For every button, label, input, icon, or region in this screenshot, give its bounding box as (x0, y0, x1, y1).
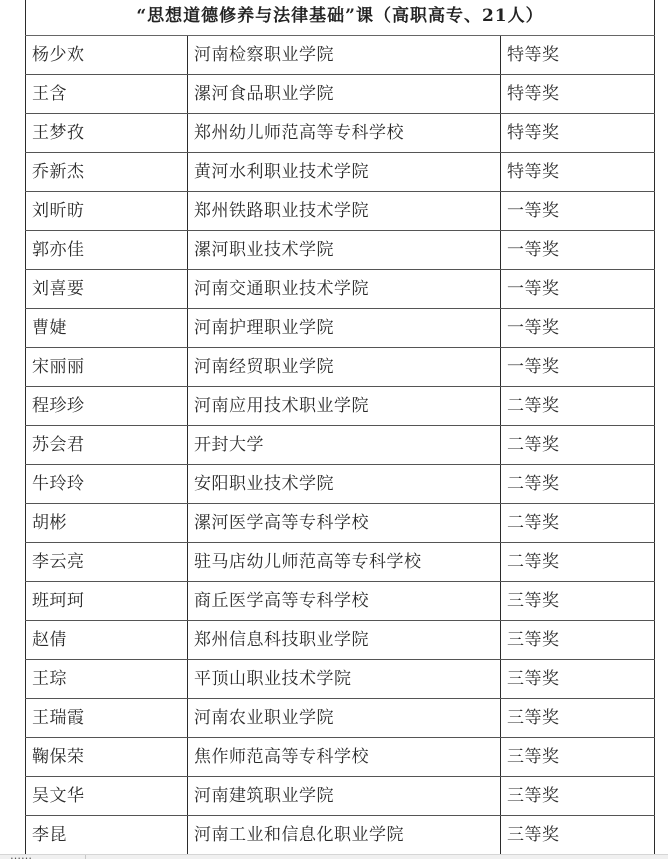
award-cell: 一等奖 (501, 309, 655, 348)
table-row: 刘昕昉 郑州铁路职业技术学院 一等奖 (26, 192, 655, 231)
name-cell: 牛玲玲 (26, 465, 188, 504)
school-cell: 驻马店幼儿师范高等专科学校 (188, 543, 501, 582)
table-row: 李昆 河南工业和信息化职业学院 三等奖 (26, 816, 655, 855)
award-cell: 三等奖 (501, 621, 655, 660)
school-cell: 河南经贸职业学院 (188, 348, 501, 387)
name-cell: 刘喜要 (26, 270, 188, 309)
table-row: 牛玲玲 安阳职业技术学院 二等奖 (26, 465, 655, 504)
award-cell: 二等奖 (501, 426, 655, 465)
award-cell: 二等奖 (501, 543, 655, 582)
name-cell: 李昆 (26, 816, 188, 855)
school-cell: 焦作师范高等专科学校 (188, 738, 501, 777)
document-page: “思想道德修养与法律基础”课（高职高专、21人） 杨少欢 河南检察职业学院 特等… (0, 0, 668, 854)
table-row: 乔新杰 黄河水利职业技术学院 特等奖 (26, 153, 655, 192)
award-cell: 三等奖 (501, 738, 655, 777)
name-cell: 刘昕昉 (26, 192, 188, 231)
award-cell: 一等奖 (501, 348, 655, 387)
name-cell: 班珂珂 (26, 582, 188, 621)
award-cell: 特等奖 (501, 36, 655, 75)
table-row: 郭亦佳 漯河职业技术学院 一等奖 (26, 231, 655, 270)
name-cell: 杨少欢 (26, 36, 188, 75)
school-cell: 黄河水利职业技术学院 (188, 153, 501, 192)
school-cell: 平顶山职业技术学院 (188, 660, 501, 699)
name-cell: 王含 (26, 75, 188, 114)
table-row: 程珍珍 河南应用技术职业学院 二等奖 (26, 387, 655, 426)
table-row: 宋丽丽 河南经贸职业学院 一等奖 (26, 348, 655, 387)
school-cell: 漯河医学高等专科学校 (188, 504, 501, 543)
table-row: 吴文华 河南建筑职业学院 三等奖 (26, 777, 655, 816)
award-cell: 特等奖 (501, 153, 655, 192)
award-cell: 二等奖 (501, 465, 655, 504)
status-divider (85, 855, 86, 859)
school-cell: 漯河食品职业学院 (188, 75, 501, 114)
table-row: 刘喜要 河南交通职业技术学院 一等奖 (26, 270, 655, 309)
table-row: 曹婕 河南护理职业学院 一等奖 (26, 309, 655, 348)
award-cell: 一等奖 (501, 192, 655, 231)
table-row: 班珂珂 商丘医学高等专科学校 三等奖 (26, 582, 655, 621)
award-cell: 特等奖 (501, 114, 655, 153)
status-bar: …… (0, 854, 668, 859)
name-cell: 苏会君 (26, 426, 188, 465)
table-row: 胡彬 漯河医学高等专科学校 二等奖 (26, 504, 655, 543)
school-cell: 河南农业职业学院 (188, 699, 501, 738)
school-cell: 河南建筑职业学院 (188, 777, 501, 816)
status-text: …… (10, 854, 32, 859)
award-table: “思想道德修养与法律基础”课（高职高专、21人） 杨少欢 河南检察职业学院 特等… (25, 0, 655, 854)
award-cell: 二等奖 (501, 504, 655, 543)
school-cell: 漯河职业技术学院 (188, 231, 501, 270)
name-cell: 乔新杰 (26, 153, 188, 192)
school-cell: 河南检察职业学院 (188, 36, 501, 75)
award-cell: 二等奖 (501, 387, 655, 426)
title-row: “思想道德修养与法律基础”课（高职高专、21人） (26, 0, 655, 36)
table-row: 王梦孜 郑州幼儿师范高等专科学校 特等奖 (26, 114, 655, 153)
school-cell: 河南工业和信息化职业学院 (188, 816, 501, 855)
table-row: 鞠保荣 焦作师范高等专科学校 三等奖 (26, 738, 655, 777)
school-cell: 河南交通职业技术学院 (188, 270, 501, 309)
name-cell: 王琮 (26, 660, 188, 699)
name-cell: 王瑞霞 (26, 699, 188, 738)
award-cell: 一等奖 (501, 270, 655, 309)
table-row: 王琮 平顶山职业技术学院 三等奖 (26, 660, 655, 699)
table-row: 李云亮 驻马店幼儿师范高等专科学校 二等奖 (26, 543, 655, 582)
name-cell: 李云亮 (26, 543, 188, 582)
name-cell: 曹婕 (26, 309, 188, 348)
award-cell: 三等奖 (501, 660, 655, 699)
name-cell: 程珍珍 (26, 387, 188, 426)
award-cell: 三等奖 (501, 816, 655, 855)
school-cell: 河南应用技术职业学院 (188, 387, 501, 426)
table-row: 苏会君 开封大学 二等奖 (26, 426, 655, 465)
table-row: 王瑞霞 河南农业职业学院 三等奖 (26, 699, 655, 738)
table-row: 杨少欢 河南检察职业学院 特等奖 (26, 36, 655, 75)
name-cell: 鞠保荣 (26, 738, 188, 777)
award-cell: 三等奖 (501, 777, 655, 816)
name-cell: 王梦孜 (26, 114, 188, 153)
name-cell: 郭亦佳 (26, 231, 188, 270)
award-cell: 三等奖 (501, 582, 655, 621)
award-cell: 三等奖 (501, 699, 655, 738)
table-title: “思想道德修养与法律基础”课（高职高专、21人） (26, 0, 655, 36)
school-cell: 郑州铁路职业技术学院 (188, 192, 501, 231)
name-cell: 宋丽丽 (26, 348, 188, 387)
school-cell: 郑州信息科技职业学院 (188, 621, 501, 660)
school-cell: 商丘医学高等专科学校 (188, 582, 501, 621)
school-cell: 开封大学 (188, 426, 501, 465)
name-cell: 胡彬 (26, 504, 188, 543)
name-cell: 吴文华 (26, 777, 188, 816)
table-row: 王含 漯河食品职业学院 特等奖 (26, 75, 655, 114)
school-cell: 安阳职业技术学院 (188, 465, 501, 504)
award-cell: 一等奖 (501, 231, 655, 270)
school-cell: 郑州幼儿师范高等专科学校 (188, 114, 501, 153)
table-row: 赵倩 郑州信息科技职业学院 三等奖 (26, 621, 655, 660)
award-cell: 特等奖 (501, 75, 655, 114)
name-cell: 赵倩 (26, 621, 188, 660)
school-cell: 河南护理职业学院 (188, 309, 501, 348)
